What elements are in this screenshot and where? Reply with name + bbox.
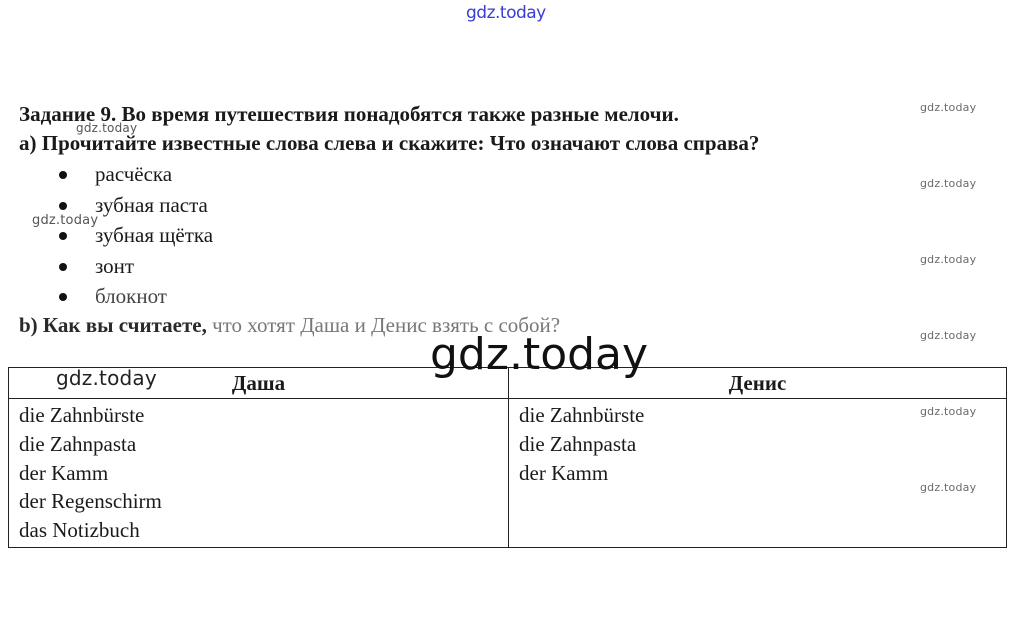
list-item: зонт (56, 251, 213, 282)
cell-dasha: die Zahnbürste die Zahnpasta der Kamm de… (9, 399, 509, 548)
watermark-side: gdz.today (920, 101, 976, 114)
watermark-side: gdz.today (920, 253, 976, 266)
word-list: расчёска зубная паста зубная щётка зонт … (56, 159, 213, 312)
bullet-icon (59, 171, 67, 179)
table-row: die Zahnbürste die Zahnpasta der Kamm de… (9, 399, 1007, 548)
watermark-top: gdz.today (466, 3, 546, 23)
answer-table: Даша Денис die Zahnbürste die Zahnpasta … (8, 367, 1007, 548)
cell-denis: die Zahnbürste die Zahnpasta der Kamm (509, 399, 1007, 548)
watermark-inline: gdz.today (76, 121, 137, 135)
bullet-icon (59, 232, 67, 240)
watermark-big: gdz.today (430, 333, 648, 377)
bullet-icon (59, 202, 67, 210)
watermark-side: gdz.today (920, 481, 976, 494)
bullet-icon (59, 293, 67, 301)
watermark-side: gdz.today (920, 177, 976, 190)
list-item: расчёска (56, 159, 213, 190)
list-item: блокнот (56, 281, 213, 312)
watermark-side: gdz.today (920, 405, 976, 418)
watermark-cell: gdz.today (56, 366, 157, 390)
watermark-inline: gdz.today (32, 213, 98, 228)
watermark-side: gdz.today (920, 329, 976, 342)
bullet-icon (59, 263, 67, 271)
